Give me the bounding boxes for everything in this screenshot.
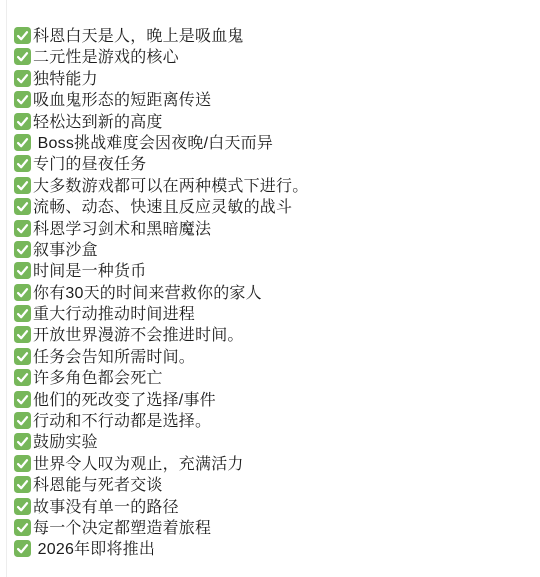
left-edge-divider [6, 0, 7, 577]
check-icon [14, 519, 31, 536]
checklist-item-text: 每一个决定都塑造着旅程 [33, 520, 211, 537]
checklist-item: 故事没有单一的路径 [14, 497, 532, 518]
checklist-item-text: 二元性是游戏的核心 [33, 49, 179, 66]
checklist-item: 2026年即将推出 [14, 539, 532, 560]
check-icon [14, 433, 31, 450]
checklist-item: 鼓励实验 [14, 432, 532, 453]
checklist-item-text: 叙事沙盒 [33, 242, 98, 259]
check-icon [14, 348, 31, 365]
check-icon [14, 369, 31, 386]
checklist-item-text: 世界令人叹为观止，充满活力 [33, 456, 244, 473]
checklist-item-text: 鼓励实验 [33, 434, 98, 451]
page: 科恩白天是人，晚上是吸血鬼 二元性是游戏的核心 独特能力 吸血鬼形态的短距离传送… [0, 0, 540, 577]
checklist-item-text: 故事没有单一的路径 [33, 499, 179, 516]
checklist-item: 行动和不行动都是选择。 [14, 411, 532, 432]
checklist-item: 世界令人叹为观止，充满活力 [14, 454, 532, 475]
checklist-item: 专门的昼夜任务 [14, 154, 532, 175]
checklist-item-text: 行动和不行动都是选择。 [33, 413, 211, 430]
checklist-item-text: 科恩学习剑术和黑暗魔法 [33, 221, 211, 238]
checklist: 科恩白天是人，晚上是吸血鬼 二元性是游戏的核心 独特能力 吸血鬼形态的短距离传送… [14, 26, 532, 561]
check-icon [14, 198, 31, 215]
checklist-item-text: 任务会告知所需时间。 [33, 349, 195, 366]
checklist-item: 时间是一种货币 [14, 261, 532, 282]
checklist-item-text: 轻松达到新的高度 [33, 114, 163, 131]
checklist-item: 叙事沙盒 [14, 240, 532, 261]
checklist-item: 每一个决定都塑造着旅程 [14, 518, 532, 539]
check-icon [14, 134, 31, 151]
checklist-item: 重大行动推动时间进程 [14, 304, 532, 325]
check-icon [14, 91, 31, 108]
checklist-item-text: 你有30天的时间来营救你的家人 [33, 285, 262, 302]
check-icon [14, 476, 31, 493]
check-icon [14, 284, 31, 301]
check-icon [14, 241, 31, 258]
checklist-item: 流畅、动态、快速且反应灵敏的战斗 [14, 197, 532, 218]
checklist-item-text: 吸血鬼形态的短距离传送 [33, 92, 211, 109]
checklist-item-text: 他们的死改变了选择/事件 [33, 392, 216, 409]
checklist-item-text: 流畅、动态、快速且反应灵敏的战斗 [33, 199, 292, 216]
checklist-item: 开放世界漫游不会推进时间。 [14, 325, 532, 346]
checklist-item: 科恩能与死者交谈 [14, 475, 532, 496]
checklist-item: 他们的死改变了选择/事件 [14, 390, 532, 411]
check-icon [14, 326, 31, 343]
checklist-item: 吸血鬼形态的短距离传送 [14, 90, 532, 111]
check-icon [14, 155, 31, 172]
checklist-item-text: 时间是一种货币 [33, 263, 146, 280]
check-icon [14, 27, 31, 44]
check-icon [14, 262, 31, 279]
checklist-item: 独特能力 [14, 69, 532, 90]
checklist-item: 任务会告知所需时间。 [14, 347, 532, 368]
checklist-item: 科恩白天是人，晚上是吸血鬼 [14, 26, 532, 47]
checklist-item-text: 开放世界漫游不会推进时间。 [33, 327, 244, 344]
checklist-item-text: 科恩能与死者交谈 [33, 477, 163, 494]
checklist-item: 科恩学习剑术和黑暗魔法 [14, 219, 532, 240]
checklist-item-text: 独特能力 [33, 71, 98, 88]
checklist-item-text: 科恩白天是人，晚上是吸血鬼 [33, 28, 244, 45]
check-icon [14, 305, 31, 322]
checklist-item-text: 2026年即将推出 [33, 541, 155, 558]
check-icon [14, 391, 31, 408]
checklist-item-text: Boss挑战难度会因夜晚/白天而异 [33, 135, 273, 152]
checklist-item: 二元性是游戏的核心 [14, 47, 532, 68]
check-icon [14, 412, 31, 429]
check-icon [14, 498, 31, 515]
checklist-item-text: 大多数游戏都可以在两种模式下进行。 [33, 178, 308, 195]
check-icon [14, 455, 31, 472]
checklist-item: 大多数游戏都可以在两种模式下进行。 [14, 176, 532, 197]
checklist-item-text: 许多角色都会死亡 [33, 370, 163, 387]
check-icon [14, 113, 31, 130]
checklist-item: 轻松达到新的高度 [14, 112, 532, 133]
check-icon [14, 540, 31, 557]
check-icon [14, 48, 31, 65]
checklist-item: 你有30天的时间来营救你的家人 [14, 283, 532, 304]
checklist-item-text: 专门的昼夜任务 [33, 156, 146, 173]
checklist-item-text: 重大行动推动时间进程 [33, 306, 195, 323]
check-icon [14, 70, 31, 87]
check-icon [14, 220, 31, 237]
checklist-item: 许多角色都会死亡 [14, 368, 532, 389]
check-icon [14, 177, 31, 194]
checklist-item: Boss挑战难度会因夜晚/白天而异 [14, 133, 532, 154]
